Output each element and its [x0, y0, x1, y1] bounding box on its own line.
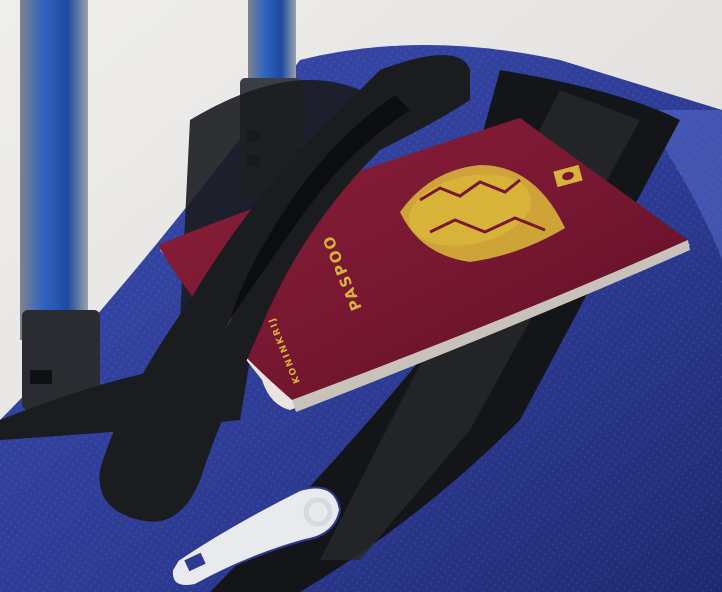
trolley-rod-right: [248, 0, 296, 90]
photo-scene: PASPOO KONINKRIJ: [0, 0, 722, 592]
photo-illustration: PASPOO KONINKRIJ: [0, 0, 722, 592]
trolley-rod-left: [20, 0, 88, 340]
